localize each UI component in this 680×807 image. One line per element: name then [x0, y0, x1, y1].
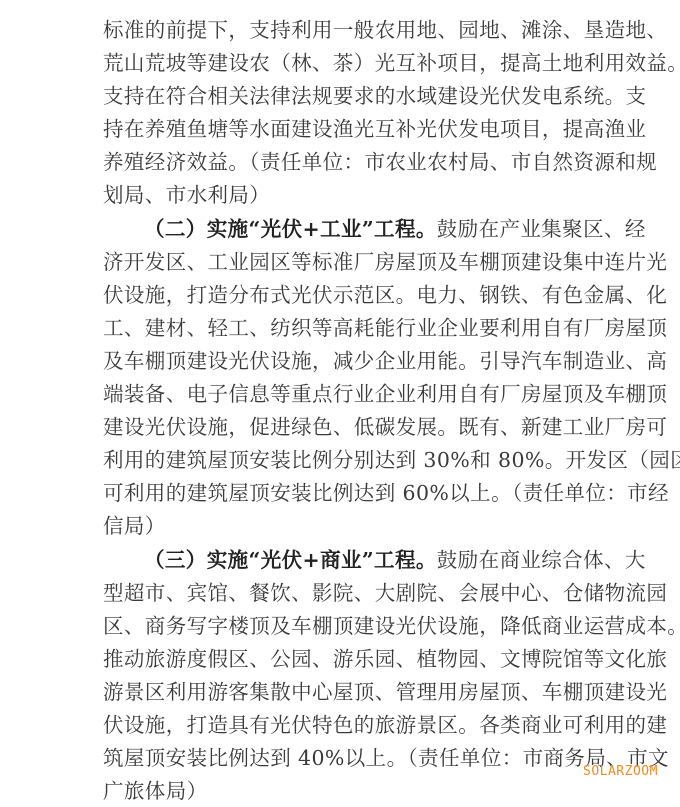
text-line: 广旅体局）: [103, 775, 587, 807]
paragraph-pv-commerce: （三）实施“光伏+商业”工程。鼓励在商业综合体、大 型超市、宾馆、餐饮、影院、大…: [103, 544, 587, 807]
text-line: （二）实施“光伏+工业”工程。鼓励在产业集聚区、经: [103, 213, 587, 246]
text-line: （三）实施“光伏+商业”工程。鼓励在商业综合体、大: [103, 544, 587, 577]
text-line: 支持在符合相关法律法规要求的水域建设光伏发电系统。支: [103, 80, 587, 113]
text-line: 型超市、宾馆、餐饮、影院、大剧院、会展中心、仓储物流园: [103, 577, 587, 610]
text-line: 游景区利用游客集散中心屋顶、管理用房屋顶、车棚顶建设光: [103, 676, 587, 709]
text-line: 信局）: [103, 510, 587, 543]
text-line: 可利用的建筑屋顶安装比例达到 60%以上。（责任单位：市经: [103, 477, 587, 510]
paragraph-agri-fishery: 标准的前提下，支持利用一般农用地、园地、滩涂、垦造地、 荒山荒坡等建设农（林、茶…: [103, 14, 587, 213]
text-line: 伏设施，打造分布式光伏示范区。电力、钢铁、有色金属、化: [103, 279, 587, 312]
text-span: 鼓励在产业集聚区、经: [437, 217, 646, 241]
text-span: 鼓励在商业综合体、大: [437, 548, 646, 572]
watermark-logo: SOLARZOOM: [583, 764, 658, 779]
text-line: 利用的建筑屋顶安装比例分别达到 30%和 80%。开发区（园区）: [103, 444, 587, 477]
text-line: 端装备、电子信息等重点行业企业利用自有厂房屋顶及车棚顶: [103, 378, 587, 411]
section-heading: （三）实施“光伏+商业”工程。: [144, 548, 437, 572]
text-line: 区、商务写字楼顶及车棚顶建设光伏设施，降低商业运营成本。: [103, 610, 587, 643]
text-line: 及车棚顶建设光伏设施，减少企业用能。引导汽车制造业、高: [103, 345, 587, 378]
text-line: 工、建材、轻工、纺织等高耗能行业企业要利用自有厂房屋顶: [103, 312, 587, 345]
text-line: 划局、市水利局）: [103, 179, 587, 212]
text-line: 筑屋顶安装比例达到 40%以上。（责任单位：市商务局、市文: [103, 742, 587, 775]
paragraph-pv-industry: （二）实施“光伏+工业”工程。鼓励在产业集聚区、经 济开发区、工业园区等标准厂房…: [103, 213, 587, 544]
document-body: 标准的前提下，支持利用一般农用地、园地、滩涂、垦造地、 荒山荒坡等建设农（林、茶…: [103, 14, 587, 807]
text-line: 推动旅游度假区、公园、游乐园、植物园、文博院馆等文化旅: [103, 643, 587, 676]
text-line: 养殖经济效益。（责任单位：市农业农村局、市自然资源和规: [103, 146, 587, 179]
text-line: 伏设施，打造具有光伏特色的旅游景区。各类商业可利用的建: [103, 709, 587, 742]
text-line: 持在养殖鱼塘等水面建设渔光互补光伏发电项目，提高渔业: [103, 113, 587, 146]
text-line: 济开发区、工业园区等标准厂房屋顶及车棚顶建设集中连片光: [103, 246, 587, 279]
text-line: 标准的前提下，支持利用一般农用地、园地、滩涂、垦造地、: [103, 14, 587, 47]
section-heading: （二）实施“光伏+工业”工程。: [144, 217, 437, 241]
text-line: 荒山荒坡等建设农（林、茶）光互补项目，提高土地利用效益。: [103, 47, 587, 80]
text-line: 建设光伏设施，促进绿色、低碳发展。既有、新建工业厂房可: [103, 411, 587, 444]
